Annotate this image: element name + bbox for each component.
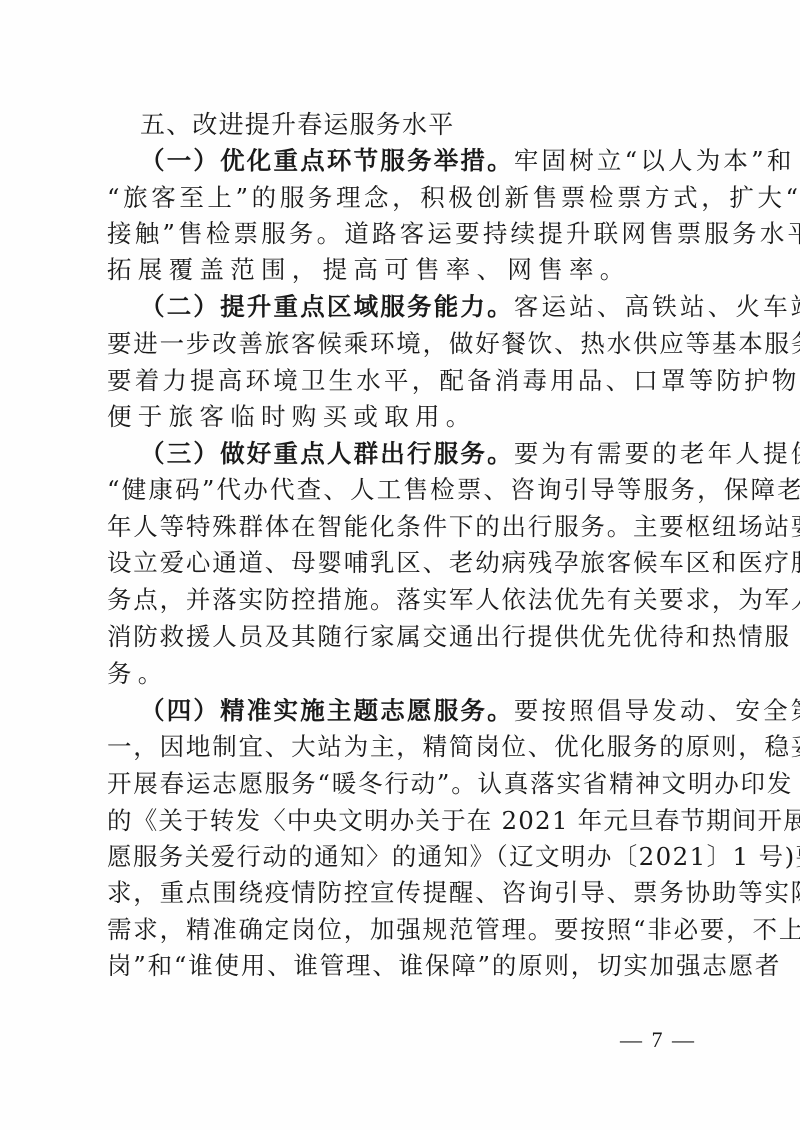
- paragraph-3-line-5: 务点，并落实防控措施。落实军人依法优先有关要求，为军人、: [107, 582, 699, 618]
- paragraph-3-line-3: 年人等特殊群体在智能化条件下的出行服务。主要枢纽场站要: [107, 509, 699, 545]
- paragraph-2-first-line: （二）提升重点区域服务能力。客运站、高铁站、火车站: [140, 289, 732, 325]
- paragraph-3-title: （三）做好重点人群出行服务。: [140, 439, 514, 468]
- paragraph-4-line-4: 的《关于转发〈中央文明办关于在 2021 年元旦春节期间开展志: [107, 803, 699, 839]
- paragraph-2-title: （二）提升重点区域服务能力。: [140, 292, 514, 321]
- paragraph-4-first-line: （四）精准实施主题志愿服务。要按照倡导发动、安全第: [140, 693, 732, 729]
- paragraph-1-first-line: （一）优化重点环节服务举措。牢固树立“以人为本”和: [140, 143, 732, 179]
- paragraph-1-line-2: “旅客至上”的服务理念，积极创新售票检票方式，扩大“无: [107, 180, 699, 216]
- paragraph-3-line-2: “健康码”代办代查、人工售检票、咨询引导等服务，保障老: [107, 472, 699, 508]
- paragraph-1-line-1: 牢固树立“以人为本”和: [514, 146, 795, 175]
- paragraph-2-line-2: 要进一步改善旅客候乘环境，做好餐饮、热水供应等基本服务。: [107, 326, 699, 362]
- paragraph-2-line-1: 客运站、高铁站、火车站: [514, 292, 800, 321]
- paragraph-4-line-7: 需求，精准确定岗位，加强规范管理。要按照“非必要，不上: [107, 912, 699, 948]
- paragraph-4-line-2: 一，因地制宜、大站为主，精简岗位、优化服务的原则，稳妥: [107, 729, 699, 765]
- paragraph-4-line-3: 开展春运志愿服务“暖冬行动”。认真落实省精神文明办印发: [107, 766, 699, 802]
- paragraph-4-title: （四）精准实施主题志愿服务。: [140, 696, 514, 725]
- paragraph-2-line-4: 便于旅客临时购买或取用。: [107, 399, 699, 435]
- paragraph-2-line-3: 要着力提高环境卫生水平，配备消毒用品、口罩等防护物资，: [107, 363, 699, 399]
- paragraph-3-line-1: 要为有需要的老年人提供: [514, 439, 800, 468]
- paragraph-4-line-5: 愿服务关爱行动的通知〉的通知》（辽文明办〔2021〕1 号)要: [107, 839, 699, 875]
- paragraph-1-line-3: 接触”售检票服务。道路客运要持续提升联网售票服务水平，: [107, 216, 699, 252]
- paragraph-3-line-7: 务。: [107, 656, 699, 692]
- paragraph-4-line-1: 要按照倡导发动、安全第: [514, 696, 800, 725]
- page-number: — 7 —: [620, 1024, 696, 1056]
- paragraph-4-line-6: 求，重点围绕疫情防控宣传提醒、咨询引导、票务协助等实际: [107, 875, 699, 911]
- paragraph-1-line-4: 拓展覆盖范围，提高可售率、网售率。: [107, 252, 699, 288]
- paragraph-3-line-4: 设立爱心通道、母婴哺乳区、老幼病残孕旅客候车区和医疗服: [107, 545, 699, 581]
- paragraph-3-first-line: （三）做好重点人群出行服务。要为有需要的老年人提供: [140, 436, 732, 472]
- section-heading: 五、改进提升春运服务水平: [140, 107, 732, 143]
- document-page: 五、改进提升春运服务水平 （一）优化重点环节服务举措。牢固树立“以人为本”和 “…: [0, 0, 800, 1130]
- paragraph-3-line-6: 消防救援人员及其随行家属交通出行提供优先优待和热情服: [107, 619, 699, 655]
- paragraph-4-line-8: 岗”和“谁使用、谁管理、谁保障”的原则，切实加强志愿者: [107, 948, 699, 984]
- paragraph-1-title: （一）优化重点环节服务举措。: [140, 146, 514, 175]
